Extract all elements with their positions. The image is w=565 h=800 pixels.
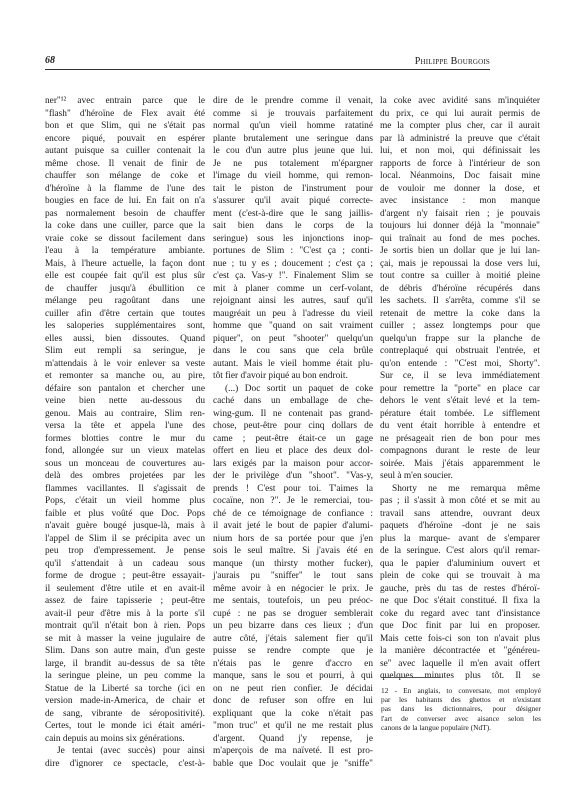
text-line: cocaïne, non ?". Je le remerciai, tou- — [213, 495, 373, 508]
text-line: d'argent. Quand j'y repense, je — [213, 733, 373, 746]
footnote-line: pas dans les dictionnaires, pour désigne… — [381, 704, 541, 713]
text-line: local. Néanmoins, Doc faisait mine — [380, 170, 540, 183]
footnote-rule — [381, 677, 441, 678]
text-line: Je tentai (avec succès) pour ainsi — [45, 745, 205, 758]
text-line: la seringue pleine, un peu comme la — [45, 670, 205, 683]
text-line: pérature était tombée. Le sifflement — [380, 408, 540, 421]
text-line: même avoir à en négocier le prix. Je — [213, 583, 373, 596]
text-line: genou. Mais au contraire, Slim ren- — [45, 408, 205, 421]
text-line: tout contre sa cuiller à moitié pleine — [380, 270, 540, 283]
text-line: comme si je trouvais parfaitement — [213, 108, 373, 121]
text-line: veine bien nette au-dessous du — [45, 395, 205, 408]
text-line: forme de drogue ; peut-être essayait- — [45, 570, 205, 583]
text-line: version made-in-America, de chair et — [45, 695, 205, 708]
text-line: large, il brandit au-dessus de sa tête — [45, 658, 205, 671]
text-line: versa la tête et appela l'une des — [45, 420, 205, 433]
text-line: pas ; il s'assit à mon côté et se mit au — [380, 495, 540, 508]
text-line: travail sans attendre, ouvrant deux — [380, 508, 540, 521]
text-line: bougies en face de lui. En fait on n'a — [45, 195, 205, 208]
text-line: seringue) sous les injonctions inop- — [213, 233, 373, 246]
text-line: de chauffer jusqu'à ébullition ce — [45, 283, 205, 296]
text-line: la manière décontractée et "généreu- — [380, 645, 540, 658]
footnote-line: par les habitants des ghettos et n'exist… — [381, 695, 541, 704]
text-line: d'argent n'y faisait rien ; je pouvais — [380, 208, 540, 221]
text-line: m'aperçois de ma naïveté. Il est pro- — [213, 745, 373, 758]
text-line: toujours lui donner déjà la "monnaie" — [380, 220, 540, 233]
text-line: dire d'ignorer ce spectacle, c'est-à- — [45, 758, 205, 771]
text-line: der le privilège d'un "shoot". "Vas-y, — [213, 470, 373, 483]
text-line: de la seringue. C'est alors qu'il remar- — [380, 545, 540, 558]
text-line: que Doc finit par lui en proposer. — [380, 620, 540, 633]
text-line: Mais cette fois-ci son ton n'avait plus — [380, 633, 540, 646]
text-line: la coke avec avidité sans m'inquiéter — [380, 95, 540, 108]
text-line: offert en lieu et place des deux dol- — [213, 445, 373, 458]
text-line: lars exigés par la maison pour accor- — [213, 458, 373, 471]
text-line: j'aurais pu "sniffer" le tout sans — [213, 570, 373, 583]
text-line: l'eau à la température ambiante. — [45, 245, 205, 258]
text-line: delà des ombres projetées par les — [45, 470, 205, 483]
text-line: il seulement d'être utile et en avait-il — [45, 583, 205, 596]
text-line: pour remettre la "porte" en place car — [380, 383, 540, 396]
text-line: soirée. Mais j'étais apparemment le — [380, 458, 540, 471]
text-line: assez de faire tapisserie ; peut-être — [45, 595, 205, 608]
text-line: homme que "quand on sait vraiment — [213, 320, 373, 333]
text-line: seul à m'en soucier. — [380, 470, 540, 483]
text-line: expliquant que la coke n'était pas — [213, 708, 373, 721]
text-line: rapports de force à l'intérieur de son — [380, 158, 540, 171]
text-line: piquer", on peut "shooter" quelqu'un — [213, 333, 373, 346]
text-column-3: la coke avec avidité sans m'inquiéterdu … — [380, 95, 540, 683]
text-column-2: dire de le prendre comme il venait,comme… — [213, 95, 373, 770]
text-line: wing-gum. Il ne contenait pas grand- — [213, 408, 373, 421]
text-line: prends ! C'est pour toi. T'aimes la — [213, 483, 373, 496]
text-line: tôt fier d'avoir piqué au bon endroit. — [213, 370, 373, 383]
text-line: qu'on entende : "C'est moi, Shorty". — [380, 358, 540, 371]
text-line: "flash" d'héroïne de Flex avait été — [45, 108, 205, 121]
text-line: nium hors de sa portée pour que j'en — [213, 533, 373, 546]
text-line: se" avec laquelle il m'en avait offert — [380, 658, 540, 671]
text-line: compagnons durant le reste de leur — [380, 445, 540, 458]
text-line: le cou d'un autre plus jeune que lui. — [213, 145, 373, 158]
text-line: plus la marque- avant de s'emparer — [380, 533, 540, 546]
text-line: et remonter sa manche ou, au pire, — [45, 370, 205, 383]
text-line: chose, peut-être pour cinq dollars de — [213, 420, 373, 433]
text-line: ne présageait rien de bon pour mes — [380, 433, 540, 446]
text-line: cuiller ; assez longtemps pour que — [380, 320, 540, 333]
text-line: donc de refuser son offre en lui — [213, 695, 373, 708]
text-line: les sachets. Il s'arrêta, comme s'il se — [380, 295, 540, 308]
text-line: dehors le vent s'était levé et la tem- — [380, 395, 540, 408]
text-line: elle est coupée fait qu'il est plus sûr — [45, 270, 205, 283]
page-header: 68 Philippe Bourgois — [45, 55, 490, 69]
text-line: l'appel de Slim il se précipita avec un — [45, 533, 205, 546]
text-line: normal qu'un vieil homme ratatiné — [213, 120, 373, 133]
text-line: la coke dans une cuiller, parce que la — [45, 220, 205, 233]
text-line: çai, mais je repoussai la dose vers lui, — [380, 258, 540, 271]
text-line: par là administré la preuve que c'était — [380, 133, 540, 146]
text-line: retenait de mettre la coke dans la — [380, 308, 540, 321]
text-line: plein de coke qui se trouvait à ma — [380, 570, 540, 583]
text-line: nue ; tu y es ; doucement ; c'est ça ; — [213, 258, 373, 271]
text-line: n'étais pas le genre d'accro en — [213, 658, 373, 671]
text-line: coke du regard avec tant d'insistance — [380, 608, 540, 621]
text-line: ché de ce témoignage de confiance : — [213, 508, 373, 521]
text-line: qua le papier d'aluminium ouvert et — [380, 558, 540, 571]
text-line: se mit à masser la veine jugulaire de — [45, 633, 205, 646]
text-line: chauffer son mélange de coke et — [45, 170, 205, 183]
text-line: Slim. Dans son autre main, d'un geste — [45, 645, 205, 658]
text-line: de sang, vibrante de séropositivité). — [45, 708, 205, 721]
text-line: gauche, près du tas de restes d'héroï- — [380, 583, 540, 596]
text-line: mélange peu ragoûtant dans une — [45, 295, 205, 308]
text-line: Pops, c'était un vieil homme plus — [45, 495, 205, 508]
text-line: mit à planer comme un cerf-volant, — [213, 283, 373, 296]
text-line: contreplaqué qui obstruait l'entrée, et — [380, 345, 540, 358]
text-line: bon et que Slim, qui ne s'était pas — [45, 120, 205, 133]
text-line: quelqu'un frappe sur la planche de — [380, 333, 540, 346]
text-line: s'assurer qu'il avait piqué correcte- — [213, 195, 373, 208]
text-line: c'est ça. Vas-y !". Finalement Slim se — [213, 270, 373, 283]
text-line: encore piqué, pouvait en espérer — [45, 133, 205, 146]
text-line: peu trop d'empressement. Je pense — [45, 545, 205, 558]
text-line: tait le piston de l'instrument pour — [213, 183, 373, 196]
text-line: "mon truc" et qu'il ne me restait plus — [213, 720, 373, 733]
text-line: me sentais, toutefois, un peu préoc- — [213, 595, 373, 608]
text-line: n'avait guère bougé jusque-là, mais à — [45, 520, 205, 533]
text-line: qui traînait au fond de mes poches. — [380, 233, 540, 246]
text-line: de vouloir me donner la dose, et — [380, 183, 540, 196]
text-line: avait-il peur d'être mis à la porte s'il — [45, 608, 205, 621]
text-line: défaire son pantalon et chercher une — [45, 383, 205, 396]
text-line: came ; peut-être était-ce un gage — [213, 433, 373, 446]
text-line: autant. Mais le vieil homme était plu- — [213, 358, 373, 371]
text-line: Je ne pus totalement m'épargner — [213, 158, 373, 171]
text-line: de débris d'héroïne récupérés dans — [380, 283, 540, 296]
paragraph: la coke avec avidité sans m'inquiéterdu … — [380, 95, 540, 483]
text-line: un peu bizarre dans ces lieux ; d'un — [213, 620, 373, 633]
text-line: manque, sans le sou et pourri, à qui — [213, 670, 373, 683]
text-column-1: ner"¹² avec entrain parce que le"flash" … — [45, 95, 205, 770]
text-line: pas normalement besoin de chauffer — [45, 208, 205, 221]
text-line: puisse se rendre compte que je — [213, 645, 373, 658]
text-line: cupé : ne pas se droguer semblerait — [213, 608, 373, 621]
text-line: Je sortis bien un dollar que je lui lan- — [380, 245, 540, 258]
text-line: sous un monceau de couvertures au- — [45, 458, 205, 471]
text-line: rejoignant ainsi les autres, sauf qu'il — [213, 295, 373, 308]
text-line: l'image du vieil homme, qui remon- — [213, 170, 373, 183]
text-line: du prix, ce qui lui aurait permis de — [380, 108, 540, 121]
text-line: vraie coke se dissout facilement dans — [45, 233, 205, 246]
text-line: dans le cou sans que cela brûle — [213, 345, 373, 358]
text-line: ment (c'est-à-dire que le sang jaillis- — [213, 208, 373, 221]
footnote-line: l'art de converser avec aisance selon le… — [381, 714, 541, 723]
text-line: paquets d'héroïne -dont je ne sais — [380, 520, 540, 533]
text-line: Sur ce, il se leva immédiatement — [380, 370, 540, 383]
page-number: 68 — [45, 55, 55, 66]
footnote: 12 - En anglais, to conversate, mot empl… — [381, 686, 541, 732]
header-rule — [45, 69, 490, 70]
text-line: formes blotties contre le mur du — [45, 433, 205, 446]
footnote-line: 12 - En anglais, to conversate, mot empl… — [381, 686, 541, 695]
text-line: elles aussi, bien dissoutes. Quand — [45, 333, 205, 346]
text-line: il avait jeté le bout de papier d'alumi- — [213, 520, 373, 533]
text-line: autre côté, j'étais salement fier qu'il — [213, 633, 373, 646]
text-line: maugréait un peu à l'adresse du vieil — [213, 308, 373, 321]
text-line: Mais, à l'heure actuelle, la façon dont — [45, 258, 205, 271]
text-line: (...) Doc sortit un paquet de coke — [213, 383, 373, 396]
text-line: Statue de la Liberté sa torche (ici en — [45, 683, 205, 696]
text-line: ner"¹² avec entrain parce que le — [45, 95, 205, 108]
text-line: cain depuis au moins six générations. — [45, 733, 205, 746]
footnote-line: canons de la langue populaire (NdT). — [381, 723, 541, 732]
text-line: Slim eut rempli sa seringue, je — [45, 345, 205, 358]
text-line: montrait qu'il n'était bon à rien. Pops — [45, 620, 205, 633]
text-line: lui, et non moi, qui définissait les — [380, 145, 540, 158]
text-line: m'attendais à le voir enlever sa veste — [45, 358, 205, 371]
text-line: plante brutalement une seringue dans — [213, 133, 373, 146]
text-line: fond, allongée sur un vieux matelas — [45, 445, 205, 458]
text-line: Shorty ne me remarqua même — [380, 483, 540, 496]
text-line: bable que Doc voulait que je "sniffe" — [213, 758, 373, 771]
text-line: cuiller afin d'être certain que toutes — [45, 308, 205, 321]
text-line: même chose. Il venait de finir de — [45, 158, 205, 171]
paragraph: ner"¹² avec entrain parce que le"flash" … — [45, 95, 205, 745]
text-line: on ne peut rien confier. Je décidai — [213, 683, 373, 696]
text-line: avec insistance : mon manque — [380, 195, 540, 208]
text-line: autant puisque sa cuiller contenait la — [45, 145, 205, 158]
paragraph: Shorty ne me remarqua mêmepas ; il s'ass… — [380, 483, 540, 683]
paragraph: (...) Doc sortit un paquet de cokecaché … — [213, 383, 373, 771]
paragraph: Je tentai (avec succès) pour ainsidire d… — [45, 745, 205, 770]
text-line: du vent était horrible à entendre et — [380, 420, 540, 433]
text-line: sait bien dans le corps de la — [213, 220, 373, 233]
text-line: faible et plus voûté que Doc. Pops — [45, 508, 205, 521]
text-line: flammes vacillantes. Il s'agissait de — [45, 483, 205, 496]
running-head: Philippe Bourgois — [415, 56, 490, 67]
text-line: dire de le prendre comme il venait, — [213, 95, 373, 108]
text-line: qu'il s'attendait à un cadeau sous — [45, 558, 205, 571]
text-line: les saloperies supplémentaires sont, — [45, 320, 205, 333]
text-line: Certes, tout le monde ici était améri- — [45, 720, 205, 733]
text-line: caché dans un emballage de che- — [213, 395, 373, 408]
text-line: ne que Doc s'était constitué. Il fixa la — [380, 595, 540, 608]
text-line: manque (un thirsty mother fucker), — [213, 558, 373, 571]
text-line: me la compter plus cher, car il aurait — [380, 120, 540, 133]
text-line: d'héroïne à la flamme de l'une des — [45, 183, 205, 196]
text-line: sois le seul maître. Si j'avais été en — [213, 545, 373, 558]
text-line: portunes de Slim : "C'est ça ; conti- — [213, 245, 373, 258]
paragraph: dire de le prendre comme il venait,comme… — [213, 95, 373, 383]
